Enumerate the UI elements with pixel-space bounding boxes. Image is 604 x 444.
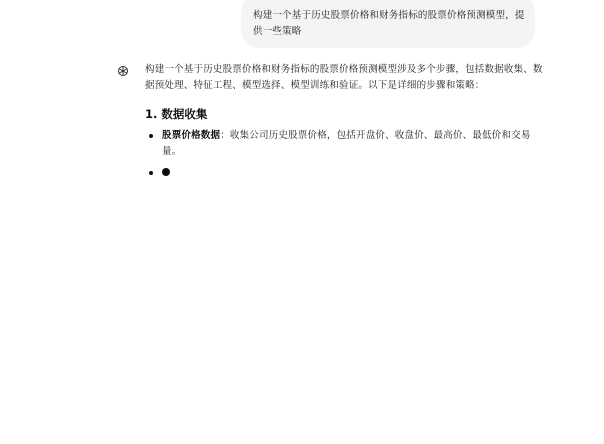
bullet-dot [149, 171, 153, 175]
section-heading: 1. 数据收集 [145, 106, 545, 122]
user-message-bubble: 构建一个基于历史股票价格和财务指标的股票价格预测模型，提供一些策略 [241, 0, 535, 48]
openai-logo-icon [117, 62, 129, 74]
streaming-cursor-icon [162, 168, 170, 176]
assistant-message-content: 构建一个基于历史股票价格和财务指标的股票价格预测模型涉及多个步骤，包括数据收集、… [145, 62, 545, 186]
bullet-label: 股票价格数据 [162, 130, 220, 141]
user-message-text: 构建一个基于历史股票价格和财务指标的股票价格预测模型，提供一些策略 [253, 10, 525, 37]
list-item: 股票价格数据：收集公司历史股票价格，包括开盘价、收盘价、最高价、最低价和交易量。 [145, 128, 545, 160]
bullet-list: 股票价格数据：收集公司历史股票价格，包括开盘价、收盘价、最高价、最低价和交易量。 [145, 128, 545, 181]
list-item [145, 165, 545, 181]
bullet-dot [149, 134, 153, 138]
assistant-intro: 构建一个基于历史股票价格和财务指标的股票价格预测模型涉及多个步骤，包括数据收集、… [145, 62, 545, 94]
